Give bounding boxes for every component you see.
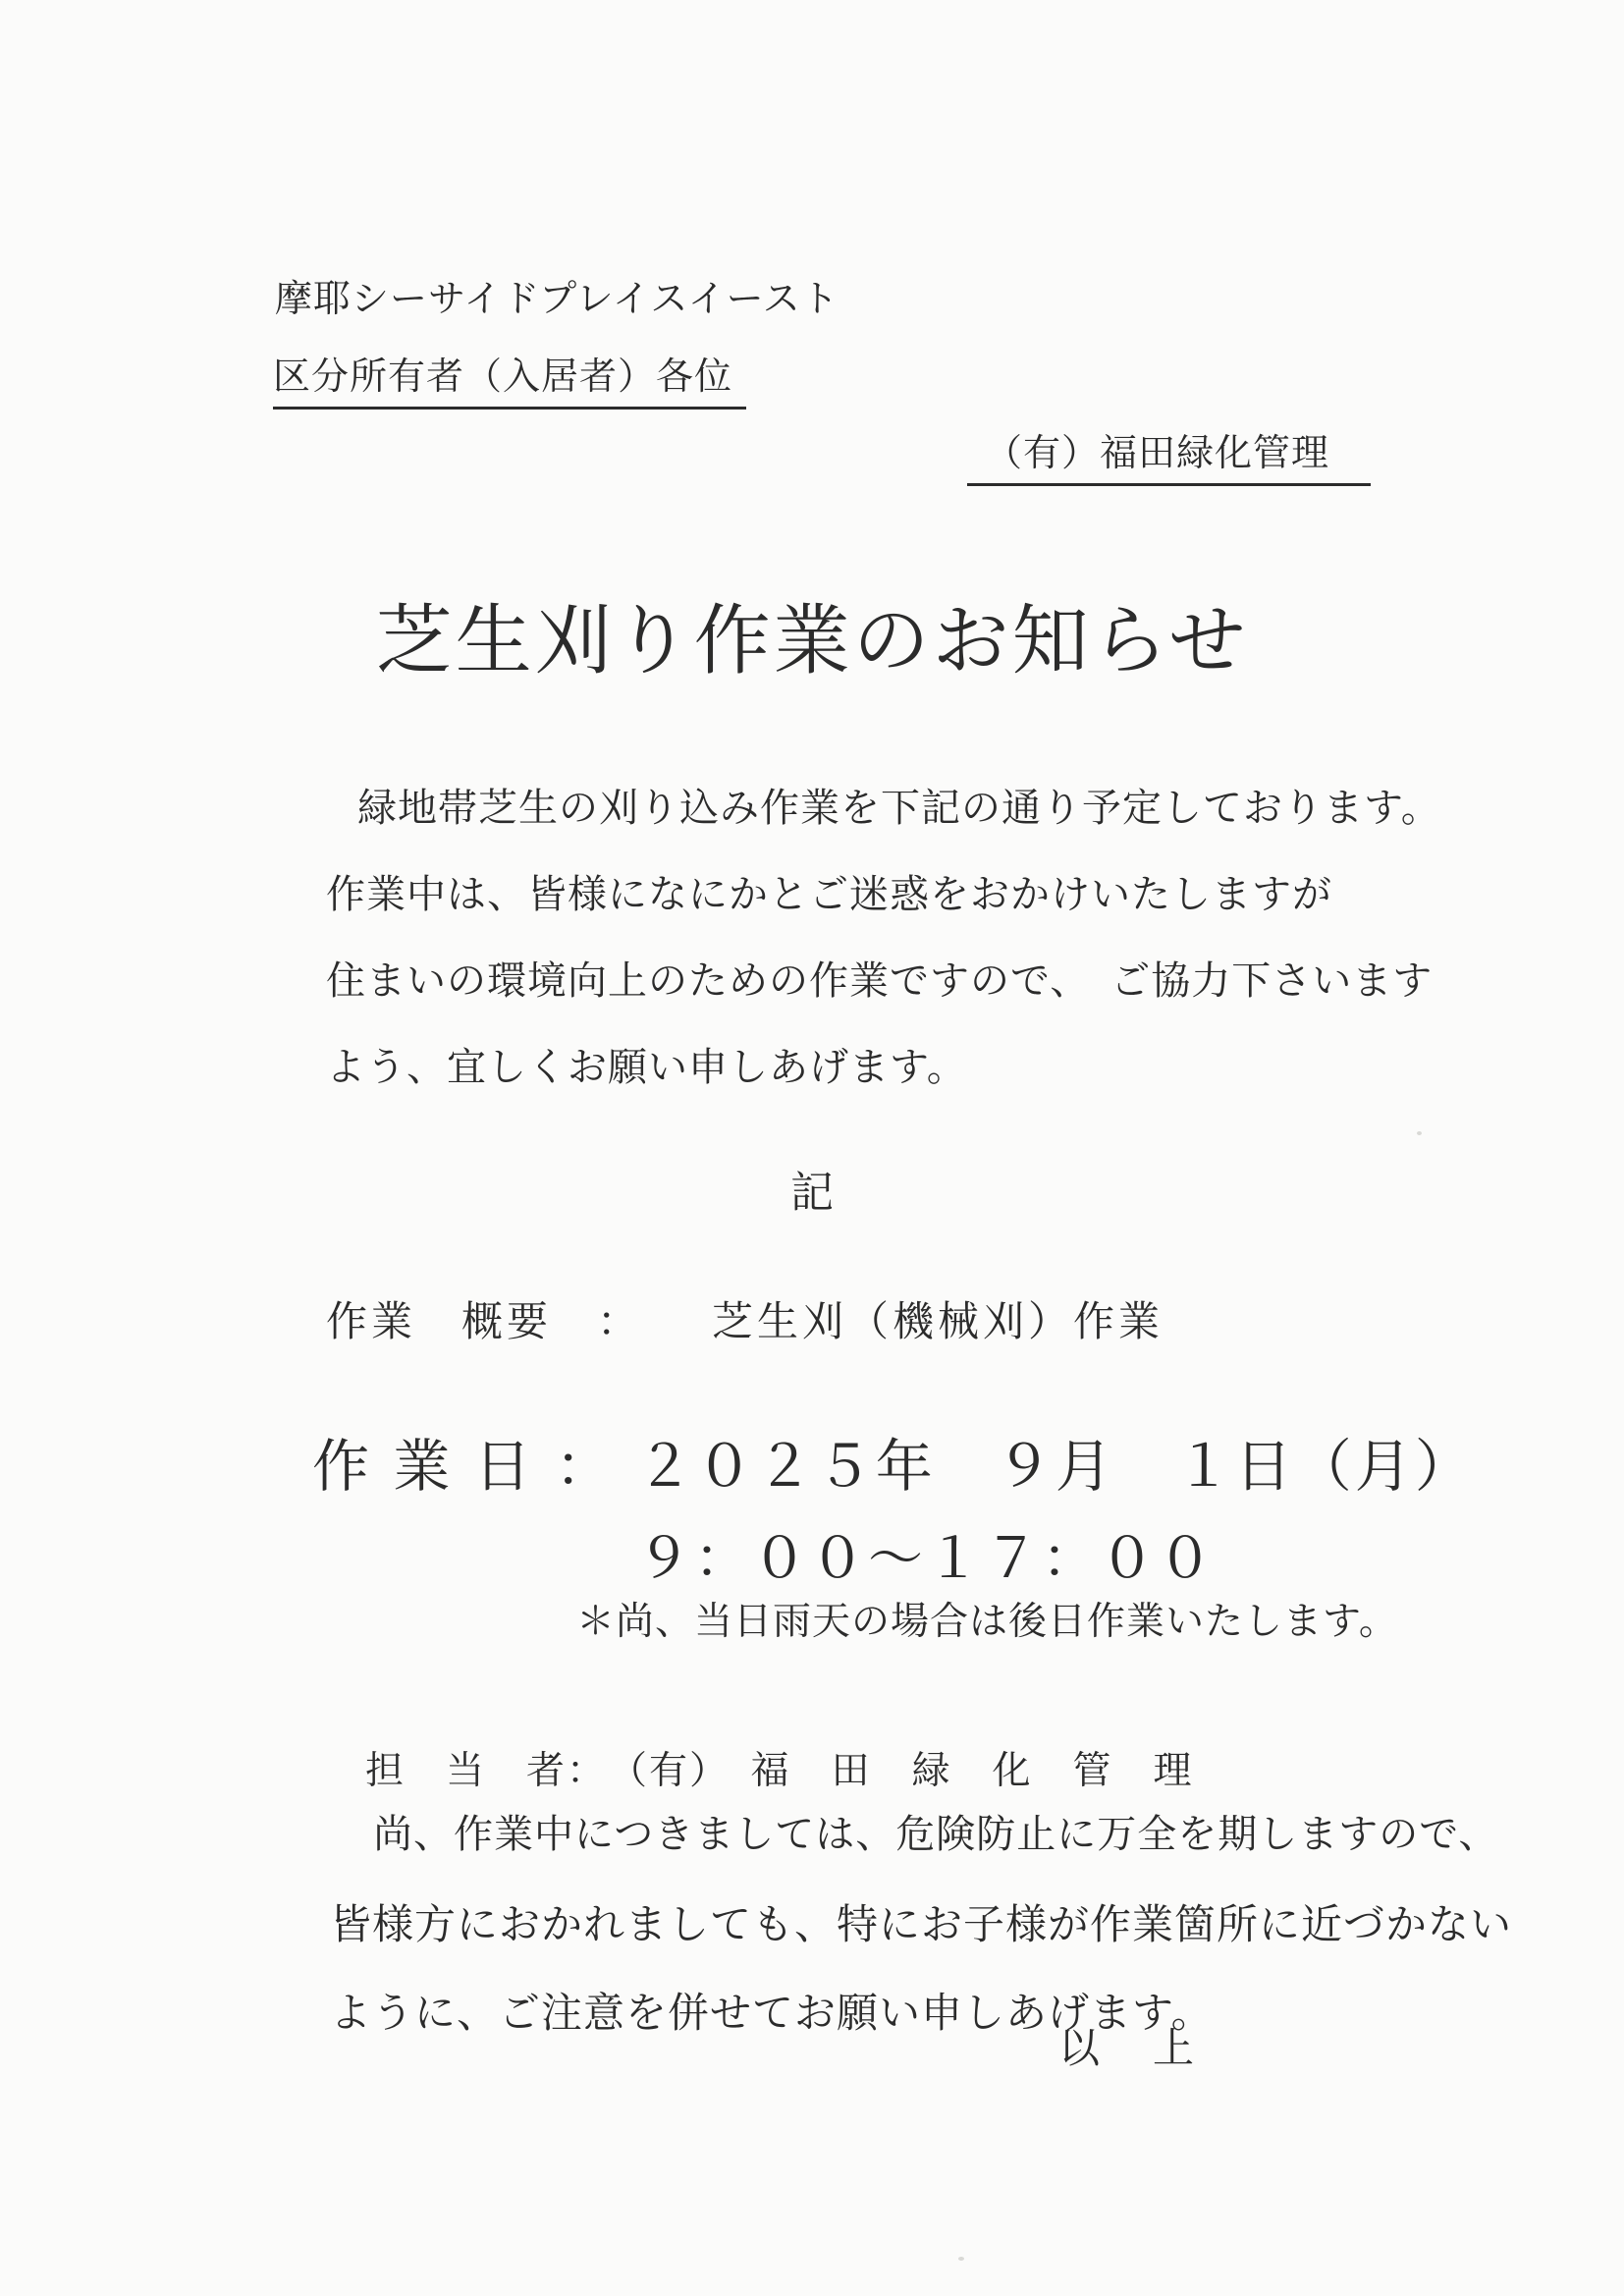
document-page: 摩耶シーサイドプレイスイースト 区分所有者（入居者）各位 （有）福田緑化管理 芝… [0,0,1624,2296]
caution-line-2: 皆様方におかれましても、特にお子様が作業箇所に近づかない [330,1901,1512,1948]
scan-speck [958,2257,964,2261]
intro-line-1: 緑地帯芝生の刈り込み作業を下記の通り予定しております。 [357,786,1441,831]
scan-speck [1417,1131,1422,1135]
work-overview-line: 作業 概要 ： 芝生刈（機械刈）作業 [326,1298,1164,1345]
building-name: 摩耶シーサイドプレイスイースト [275,278,839,321]
sender-company: （有）福田緑化管理 [967,432,1371,486]
work-date-line: 作 業 日 ： ２０２５年 ９月 １日（月） [312,1434,1475,1500]
intro-line-4: よう、宜しくお願い申しあげます。 [326,1045,967,1090]
contact-line: 担 当 者： （有） 福 田 緑 化 管 理 [365,1750,1194,1794]
intro-line-3: 住まいの環境向上のための作業ですので、 ご協力下さいます [326,958,1433,1004]
addressee-line: 区分所有者（入居者）各位 [273,355,746,410]
rain-note-line: ＊尚、当日雨天の場合は後日作業いたします。 [576,1601,1398,1645]
intro-line-2: 作業中は、皆様になにかとご迷惑をおかけいたしますが [326,872,1332,917]
closing-mark: 以 上 [1058,2025,1200,2072]
caution-line-1: 尚、作業中につきましては、危険防止に万全を期しますので、 [373,1812,1498,1857]
work-time-line: ９：００～１７：００ [636,1528,1216,1591]
notice-title: 芝生刈り作業のお知らせ [0,579,1624,689]
record-mark: 記 [0,1157,1624,1220]
